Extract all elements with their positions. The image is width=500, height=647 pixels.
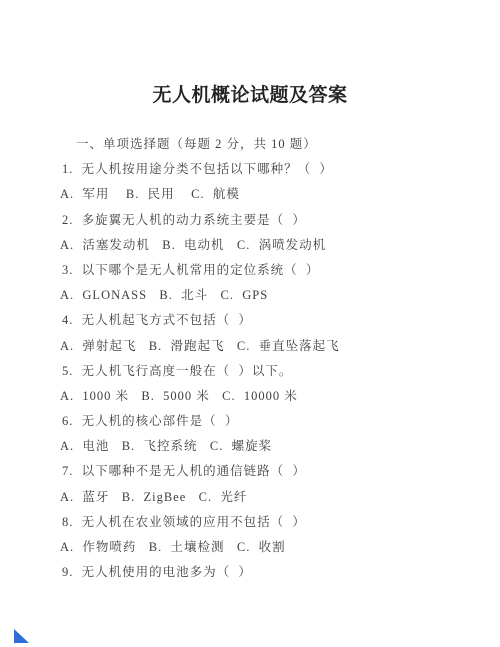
exam-body: 一、单项选择题（每题 2 分，共 10 题） 1. 无人机按用途分类不包括以下哪… [0, 132, 500, 585]
question-line: 9. 无人机使用的电池多为（ ） [0, 560, 500, 585]
question-line: 1. 无人机按用途分类不包括以下哪种？（ ） [0, 157, 500, 182]
question-line: 8. 无人机在农业领域的应用不包括（ ） [0, 510, 500, 535]
question-line: 6. 无人机的核心部件是（ ） [0, 409, 500, 434]
corner-flag-icon [14, 629, 29, 643]
options-line: A. 活塞发动机 B. 电动机 C. 涡喷发动机 [0, 233, 500, 258]
page-title: 无人机概论试题及答案 [0, 80, 500, 107]
exam-document-page: 无人机概论试题及答案 一、单项选择题（每题 2 分，共 10 题） 1. 无人机… [0, 0, 500, 647]
section-header: 一、单项选择题（每题 2 分，共 10 题） [0, 132, 500, 157]
question-line: 2. 多旋翼无人机的动力系统主要是（ ） [0, 208, 500, 233]
options-line: A. 电池 B. 飞控系统 C. 螺旋桨 [0, 434, 500, 459]
question-line: 3. 以下哪个是无人机常用的定位系统（ ） [0, 258, 500, 283]
options-line: A. 弹射起飞 B. 滑跑起飞 C. 垂直坠落起飞 [0, 334, 500, 359]
options-line: A. 1000 米 B. 5000 米 C. 10000 米 [0, 384, 500, 409]
options-line: A. 蓝牙 B. ZigBee C. 光纤 [0, 485, 500, 510]
question-line: 4. 无人机起飞方式不包括（ ） [0, 308, 500, 333]
options-line: A. 作物喷药 B. 土壤检测 C. 收割 [0, 535, 500, 560]
options-line: A. GLONASS B. 北斗 C. GPS [0, 283, 500, 308]
question-line: 7. 以下哪种不是无人机的通信链路（ ） [0, 459, 500, 484]
options-line: A. 军用 B. 民用 C. 航模 [0, 182, 500, 207]
question-line: 5. 无人机飞行高度一般在（ ）以下。 [0, 359, 500, 384]
